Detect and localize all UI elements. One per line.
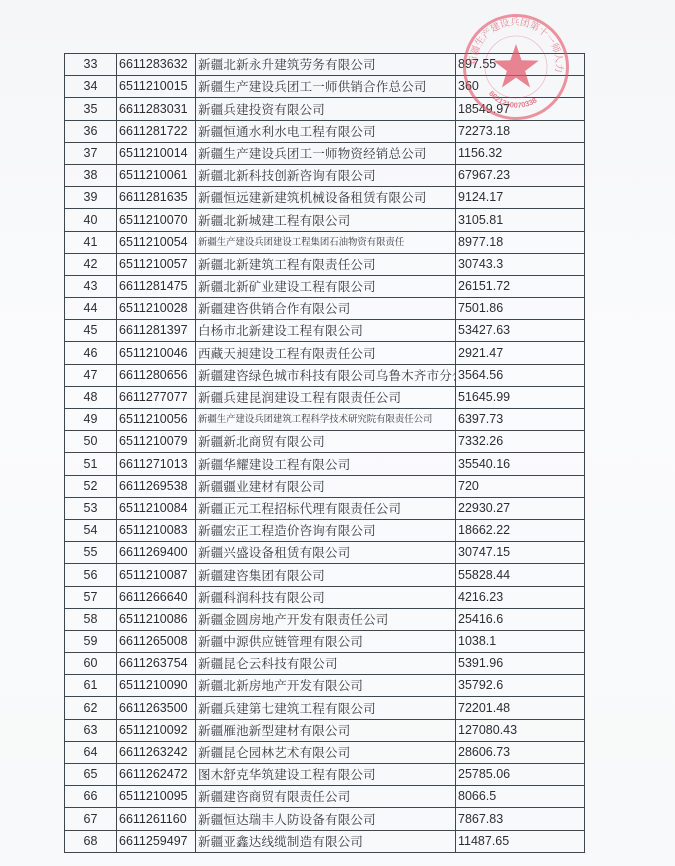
org-name-cell: 新疆雁池新型建材有限公司 [196, 719, 456, 741]
row-number-cell: 45 [65, 320, 117, 342]
table-row: 676611261160新疆恒达瑞丰人防设备有限公司7867.83 [65, 808, 585, 830]
org-name-cell: 新疆疆业建材有限公司 [196, 475, 456, 497]
amount-cell: 3105.81 [456, 209, 585, 231]
org-name-cell: 新疆生产建设兵团建设工程集团石油物资有限责任 [196, 231, 456, 253]
org-name-cell: 新疆兵建第七建筑工程有限公司 [196, 697, 456, 719]
org-name-cell: 新疆生产建设兵团建筑工程科学技术研究院有限责任公司 [196, 409, 456, 431]
org-code-cell: 6611266640 [117, 586, 196, 608]
table-row: 626611263500新疆兵建第七建筑工程有限公司72201.48 [65, 697, 585, 719]
amount-cell: 7867.83 [456, 808, 585, 830]
org-code-cell: 6511210083 [117, 519, 196, 541]
amount-cell: 18662.22 [456, 519, 585, 541]
org-code-cell: 6611283632 [117, 54, 196, 76]
table-row: 596611265008新疆中源供应链管理有限公司1038.1 [65, 630, 585, 652]
org-code-cell: 6511210015 [117, 76, 196, 98]
row-number-cell: 55 [65, 542, 117, 564]
amount-cell: 26151.72 [456, 275, 585, 297]
row-number-cell: 39 [65, 187, 117, 209]
org-code-cell: 6611281635 [117, 187, 196, 209]
org-code-cell: 6611263754 [117, 653, 196, 675]
org-code-cell: 6611281475 [117, 275, 196, 297]
amount-cell: 72201.48 [456, 697, 585, 719]
amount-cell: 2921.47 [456, 342, 585, 364]
table-row: 436611281475新疆北新矿业建设工程有限公司26151.72 [65, 275, 585, 297]
org-code-cell: 6511210087 [117, 564, 196, 586]
row-number-cell: 65 [65, 764, 117, 786]
org-name-cell: 新疆生产建设兵团工一师物资经销总公司 [196, 142, 456, 164]
amount-cell: 127080.43 [456, 719, 585, 741]
org-code-cell: 6511210056 [117, 409, 196, 431]
org-code-cell: 6511210090 [117, 675, 196, 697]
amount-cell: 35792.6 [456, 675, 585, 697]
row-number-cell: 57 [65, 586, 117, 608]
table-row: 666511210095新疆建咨商贸有限责任公司8066.5 [65, 786, 585, 808]
row-number-cell: 67 [65, 808, 117, 830]
row-number-cell: 37 [65, 142, 117, 164]
row-number-cell: 54 [65, 519, 117, 541]
amount-cell: 11487.65 [456, 830, 585, 852]
row-number-cell: 41 [65, 231, 117, 253]
row-number-cell: 64 [65, 741, 117, 763]
org-name-cell: 新疆北新建筑工程有限责任公司 [196, 253, 456, 275]
row-number-cell: 44 [65, 298, 117, 320]
amount-cell: 7501.86 [456, 298, 585, 320]
table-row: 616511210090新疆北新房地产开发有限公司35792.6 [65, 675, 585, 697]
table-row: 686611259497新疆亚鑫达线缆制造有限公司11487.65 [65, 830, 585, 852]
row-number-cell: 61 [65, 675, 117, 697]
table-row: 366611281722新疆恒通水利水电工程有限公司72273.18 [65, 120, 585, 142]
table-row: 486611277077新疆兵建昆润建设工程有限责任公司51645.99 [65, 386, 585, 408]
row-number-cell: 56 [65, 564, 117, 586]
amount-cell: 3564.56 [456, 364, 585, 386]
row-number-cell: 34 [65, 76, 117, 98]
org-name-cell: 新疆北新矿业建设工程有限公司 [196, 275, 456, 297]
org-name-cell: 新疆正元工程招标代理有限责任公司 [196, 497, 456, 519]
org-code-cell: 6611262472 [117, 764, 196, 786]
row-number-cell: 48 [65, 386, 117, 408]
amount-cell: 72273.18 [456, 120, 585, 142]
table-row: 346511210015新疆生产建设兵团工一师供销合作总公司360 [65, 76, 585, 98]
table-row: 336611283632新疆北新永升建筑劳务有限公司897.55 [65, 54, 585, 76]
table-row: 446511210028新疆建咨供销合作有限公司7501.86 [65, 298, 585, 320]
table-row: 646611263242新疆昆仑园林艺术有限公司28606.73 [65, 741, 585, 763]
org-code-cell: 6611271013 [117, 453, 196, 475]
org-code-cell: 6611283031 [117, 98, 196, 120]
org-name-cell: 新疆科润科技有限公司 [196, 586, 456, 608]
org-name-cell: 新疆亚鑫达线缆制造有限公司 [196, 830, 456, 852]
table-row: 396611281635新疆恒远建新建筑机械设备租赁有限公司9124.17 [65, 187, 585, 209]
org-name-cell: 新疆恒远建新建筑机械设备租赁有限公司 [196, 187, 456, 209]
registry-table: 336611283632新疆北新永升建筑劳务有限公司897.5534651121… [64, 53, 585, 853]
row-number-cell: 42 [65, 253, 117, 275]
table-row: 386511210061新疆北新科技创新咨询有限公司67967.23 [65, 164, 585, 186]
amount-cell: 9124.17 [456, 187, 585, 209]
amount-cell: 8066.5 [456, 786, 585, 808]
org-name-cell: 新疆北新科技创新咨询有限公司 [196, 164, 456, 186]
org-code-cell: 6611259497 [117, 830, 196, 852]
row-number-cell: 51 [65, 453, 117, 475]
org-code-cell: 6511210054 [117, 231, 196, 253]
org-name-cell: 图木舒克华筑建设工程有限公司 [196, 764, 456, 786]
org-name-cell: 新疆兵建昆润建设工程有限责任公司 [196, 386, 456, 408]
amount-cell: 18549.97 [456, 98, 585, 120]
amount-cell: 28606.73 [456, 741, 585, 763]
org-name-cell: 新疆兵建投资有限公司 [196, 98, 456, 120]
table-row: 466511210046西藏天昶建设工程有限责任公司2921.47 [65, 342, 585, 364]
org-code-cell: 6511210084 [117, 497, 196, 519]
table-row: 636511210092新疆雁池新型建材有限公司127080.43 [65, 719, 585, 741]
table-body: 336611283632新疆北新永升建筑劳务有限公司897.5534651121… [65, 54, 585, 853]
row-number-cell: 35 [65, 98, 117, 120]
amount-cell: 4216.23 [456, 586, 585, 608]
org-name-cell: 新疆北新房地产开发有限公司 [196, 675, 456, 697]
org-code-cell: 6611281722 [117, 120, 196, 142]
amount-cell: 22930.27 [456, 497, 585, 519]
org-code-cell: 6611265008 [117, 630, 196, 652]
org-name-cell: 新疆宏正工程造价咨询有限公司 [196, 519, 456, 541]
table-row: 576611266640新疆科润科技有限公司4216.23 [65, 586, 585, 608]
row-number-cell: 47 [65, 364, 117, 386]
row-number-cell: 53 [65, 497, 117, 519]
row-number-cell: 63 [65, 719, 117, 741]
amount-cell: 1038.1 [456, 630, 585, 652]
amount-cell: 1156.32 [456, 142, 585, 164]
org-code-cell: 6511210057 [117, 253, 196, 275]
org-name-cell: 新疆兴盛设备租赁有限公司 [196, 542, 456, 564]
org-name-cell: 白杨市北新建设工程有限公司 [196, 320, 456, 342]
org-code-cell: 6511210086 [117, 608, 196, 630]
amount-cell: 6397.73 [456, 409, 585, 431]
row-number-cell: 46 [65, 342, 117, 364]
org-code-cell: 6611261160 [117, 808, 196, 830]
amount-cell: 53427.63 [456, 320, 585, 342]
amount-cell: 5391.96 [456, 653, 585, 675]
amount-cell: 360 [456, 76, 585, 98]
org-code-cell: 6611277077 [117, 386, 196, 408]
org-name-cell: 新疆昆仑园林艺术有限公司 [196, 741, 456, 763]
amount-cell: 8977.18 [456, 231, 585, 253]
org-code-cell: 6611280656 [117, 364, 196, 386]
org-name-cell: 新疆建咨绿色城市科技有限公司乌鲁木齐市分公司 [196, 364, 456, 386]
document-page: 336611283632新疆北新永升建筑劳务有限公司897.5534651121… [0, 0, 675, 866]
org-name-cell: 新疆北新永升建筑劳务有限公司 [196, 54, 456, 76]
table-row: 406511210070新疆北新城建工程有限公司3105.81 [65, 209, 585, 231]
table-row: 476611280656新疆建咨绿色城市科技有限公司乌鲁木齐市分公司3564.5… [65, 364, 585, 386]
table-row: 556611269400新疆兴盛设备租赁有限公司30747.15 [65, 542, 585, 564]
table-row: 496511210056新疆生产建设兵团建筑工程科学技术研究院有限责任公司639… [65, 409, 585, 431]
row-number-cell: 38 [65, 164, 117, 186]
amount-cell: 25416.6 [456, 608, 585, 630]
row-number-cell: 68 [65, 830, 117, 852]
amount-cell: 25785.06 [456, 764, 585, 786]
org-name-cell: 新疆恒通水利水电工程有限公司 [196, 120, 456, 142]
table-row: 356611283031新疆兵建投资有限公司18549.97 [65, 98, 585, 120]
row-number-cell: 60 [65, 653, 117, 675]
amount-cell: 30747.15 [456, 542, 585, 564]
org-code-cell: 6511210061 [117, 164, 196, 186]
amount-cell: 55828.44 [456, 564, 585, 586]
row-number-cell: 50 [65, 431, 117, 453]
table-row: 546511210083新疆宏正工程造价咨询有限公司18662.22 [65, 519, 585, 541]
org-code-cell: 6611269538 [117, 475, 196, 497]
table-row: 376511210014新疆生产建设兵团工一师物资经销总公司1156.32 [65, 142, 585, 164]
org-name-cell: 新疆中源供应链管理有限公司 [196, 630, 456, 652]
amount-cell: 35540.16 [456, 453, 585, 475]
table-row: 656611262472图木舒克华筑建设工程有限公司25785.06 [65, 764, 585, 786]
table-row: 606611263754新疆昆仑云科技有限公司5391.96 [65, 653, 585, 675]
org-code-cell: 6511210014 [117, 142, 196, 164]
org-name-cell: 新疆华耀建设工程有限公司 [196, 453, 456, 475]
table-row: 536511210084新疆正元工程招标代理有限责任公司22930.27 [65, 497, 585, 519]
table-row: 416511210054新疆生产建设兵团建设工程集团石油物资有限责任8977.1… [65, 231, 585, 253]
amount-cell: 7332.26 [456, 431, 585, 453]
org-name-cell: 新疆北新城建工程有限公司 [196, 209, 456, 231]
org-name-cell: 新疆生产建设兵团工一师供销合作总公司 [196, 76, 456, 98]
table-row: 566511210087新疆建咨集团有限公司55828.44 [65, 564, 585, 586]
row-number-cell: 36 [65, 120, 117, 142]
row-number-cell: 59 [65, 630, 117, 652]
org-code-cell: 6511210092 [117, 719, 196, 741]
row-number-cell: 49 [65, 409, 117, 431]
amount-cell: 30743.3 [456, 253, 585, 275]
table-row: 426511210057新疆北新建筑工程有限责任公司30743.3 [65, 253, 585, 275]
amount-cell: 897.55 [456, 54, 585, 76]
org-code-cell: 6611281397 [117, 320, 196, 342]
org-code-cell: 6611263242 [117, 741, 196, 763]
org-code-cell: 6611269400 [117, 542, 196, 564]
row-number-cell: 40 [65, 209, 117, 231]
table-row: 586511210086新疆金圆房地产开发有限责任公司25416.6 [65, 608, 585, 630]
org-code-cell: 6511210070 [117, 209, 196, 231]
org-name-cell: 西藏天昶建设工程有限责任公司 [196, 342, 456, 364]
org-code-cell: 6511210028 [117, 298, 196, 320]
table-row: 456611281397白杨市北新建设工程有限公司53427.63 [65, 320, 585, 342]
org-code-cell: 6511210046 [117, 342, 196, 364]
row-number-cell: 66 [65, 786, 117, 808]
row-number-cell: 33 [65, 54, 117, 76]
row-number-cell: 43 [65, 275, 117, 297]
org-code-cell: 6511210095 [117, 786, 196, 808]
amount-cell: 51645.99 [456, 386, 585, 408]
amount-cell: 67967.23 [456, 164, 585, 186]
amount-cell: 720 [456, 475, 585, 497]
org-name-cell: 新疆恒达瑞丰人防设备有限公司 [196, 808, 456, 830]
row-number-cell: 62 [65, 697, 117, 719]
row-number-cell: 58 [65, 608, 117, 630]
org-code-cell: 6511210079 [117, 431, 196, 453]
org-name-cell: 新疆建咨集团有限公司 [196, 564, 456, 586]
row-number-cell: 52 [65, 475, 117, 497]
table-row: 516611271013新疆华耀建设工程有限公司35540.16 [65, 453, 585, 475]
org-name-cell: 新疆建咨供销合作有限公司 [196, 298, 456, 320]
org-code-cell: 6611263500 [117, 697, 196, 719]
org-name-cell: 新疆新北商贸有限公司 [196, 431, 456, 453]
table-row: 526611269538新疆疆业建材有限公司720 [65, 475, 585, 497]
table-row: 506511210079新疆新北商贸有限公司7332.26 [65, 431, 585, 453]
org-name-cell: 新疆建咨商贸有限责任公司 [196, 786, 456, 808]
org-name-cell: 新疆金圆房地产开发有限责任公司 [196, 608, 456, 630]
org-name-cell: 新疆昆仑云科技有限公司 [196, 653, 456, 675]
